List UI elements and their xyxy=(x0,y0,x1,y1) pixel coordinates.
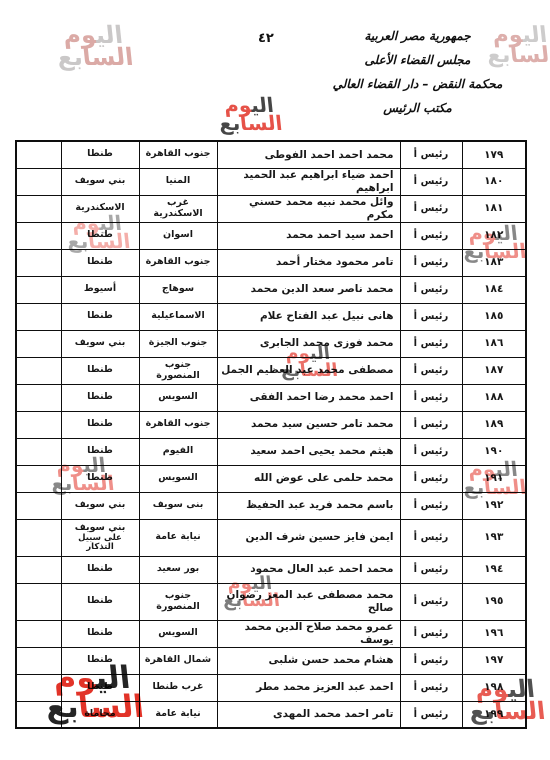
cell-rank: رئيس أ xyxy=(400,222,462,249)
cell-empty xyxy=(16,674,61,701)
cell-location-from: جنوب القاهرة xyxy=(139,411,217,438)
table-row: ١٩١رئيس أمحمد حلمى على عوض اللهالسويسطنط… xyxy=(16,465,526,492)
cell-location-from: اسوان xyxy=(139,222,217,249)
cell-location-from: غرب طنطا xyxy=(139,674,217,701)
cell-number: ١٩٦ xyxy=(462,620,526,647)
cell-location-from: جنوب القاهرة xyxy=(139,249,217,276)
cell-location-from: المنيا xyxy=(139,168,217,195)
cell-empty xyxy=(16,384,61,411)
cell-rank: رئيس أ xyxy=(400,330,462,357)
cell-name: محمد مصطفى عبد المعز رضوان صالح xyxy=(217,583,400,620)
location-note: على سبيل التذكار xyxy=(65,534,136,553)
cell-number: ١٨٣ xyxy=(462,249,526,276)
cell-location-to: طنطا xyxy=(61,141,139,168)
cell-location-from: بور سعيد xyxy=(139,556,217,583)
table-row: ١٨٧رئيس أمصطفى محمد عبد العظيم الجملجنوب… xyxy=(16,357,526,384)
table-row: ١٨٩رئيس أمحمد تامر حسين سيد محمدجنوب الق… xyxy=(16,411,526,438)
table-row: ١٨٠رئيس أاحمد ضياء ابراهيم عبد الحميد اب… xyxy=(16,168,526,195)
cell-rank: رئيس أ xyxy=(400,303,462,330)
cell-empty xyxy=(16,330,61,357)
table-row: ١٨٥رئيس أهانى نبيل عبد الفتاح علامالاسما… xyxy=(16,303,526,330)
cell-number: ١٨١ xyxy=(462,195,526,222)
cell-empty xyxy=(16,620,61,647)
cell-rank: رئيس أ xyxy=(400,647,462,674)
cell-number: ١٧٩ xyxy=(462,141,526,168)
cell-name: احمد محمد رضا احمد الفقى xyxy=(217,384,400,411)
cell-name: محمد احمد عبد العال محمود xyxy=(217,556,400,583)
table-row: ١٧٩رئيس أمحمد احمد احمد الفوطىجنوب القاه… xyxy=(16,141,526,168)
youm7-watermark: اليومالسابع xyxy=(216,96,283,133)
table-row: ١٩٠رئيس أهيثم محمد يحيى احمد سعيدالفيومط… xyxy=(16,438,526,465)
cell-rank: رئيس أ xyxy=(400,620,462,647)
cell-location-to: طنطا xyxy=(61,411,139,438)
cell-location-from: السويس xyxy=(139,620,217,647)
cell-location-from: جنوب المنصورة xyxy=(139,357,217,384)
cell-location-to: طنطا xyxy=(61,465,139,492)
table-row: ١٩٥رئيس أمحمد مصطفى عبد المعز رضوان صالح… xyxy=(16,583,526,620)
cell-number: ١٨٧ xyxy=(462,357,526,384)
cell-rank: رئيس أ xyxy=(400,249,462,276)
cell-location-to: بني سويف xyxy=(61,330,139,357)
cell-name: هشام محمد حسن شلبى xyxy=(217,647,400,674)
cell-location-from: غرب الاسكندرية xyxy=(139,195,217,222)
header-line-office: مكتب الرئيس xyxy=(330,96,505,120)
cell-empty xyxy=(16,492,61,519)
cell-number: ١٩٨ xyxy=(462,674,526,701)
cell-location-from: نيابة عامة xyxy=(139,519,217,556)
cell-location-from: جنوب الجيزة xyxy=(139,330,217,357)
cell-rank: رئيس أ xyxy=(400,141,462,168)
cell-rank: رئيس أ xyxy=(400,411,462,438)
cell-empty xyxy=(16,647,61,674)
cell-location-from: جنوب المنصورة xyxy=(139,583,217,620)
cell-empty xyxy=(16,276,61,303)
cell-name: ايمن فايز حسين شرف الدين xyxy=(217,519,400,556)
cell-rank: رئيس أ xyxy=(400,583,462,620)
cell-empty xyxy=(16,438,61,465)
cell-empty xyxy=(16,168,61,195)
cell-number: ١٨٤ xyxy=(462,276,526,303)
cell-empty xyxy=(16,519,61,556)
table-row: ١٨٣رئيس أتامر محمود مختار أحمدجنوب القاه… xyxy=(16,249,526,276)
scanned-document-page: { "document": { "page_number": "٤٢", "he… xyxy=(0,0,550,760)
cell-number: ١٩٥ xyxy=(462,583,526,620)
cell-location-to: محاماة xyxy=(61,701,139,728)
cell-empty xyxy=(16,357,61,384)
cell-name: محمد فوزى محمد الجابرى xyxy=(217,330,400,357)
cell-empty xyxy=(16,583,61,620)
cell-number: ١٩٣ xyxy=(462,519,526,556)
table-row: ١٨٢رئيس أاحمد سيد احمد محمداسوانطنطا xyxy=(16,222,526,249)
cell-rank: رئيس أ xyxy=(400,519,462,556)
cell-rank: رئيس أ xyxy=(400,168,462,195)
cell-location-from: جنوب القاهرة xyxy=(139,141,217,168)
cell-location-to: طنطا xyxy=(61,556,139,583)
cell-name: محمد حلمى على عوض الله xyxy=(217,465,400,492)
judges-table: ١٧٩رئيس أمحمد احمد احمد الفوطىجنوب القاه… xyxy=(15,140,527,729)
cell-location-from: الفيوم xyxy=(139,438,217,465)
table-row: ١٨٤رئيس أمحمد ناصر سعد الدين محمدسوهاجأس… xyxy=(16,276,526,303)
cell-rank: رئيس أ xyxy=(400,276,462,303)
cell-rank: رئيس أ xyxy=(400,438,462,465)
cell-name: باسم محمد فريد عبد الحفيظ xyxy=(217,492,400,519)
cell-location-to: طنطا xyxy=(61,674,139,701)
cell-empty xyxy=(16,701,61,728)
youm7-watermark: اليومالسابع xyxy=(54,24,135,68)
cell-empty xyxy=(16,195,61,222)
cell-location-from: الاسماعيلية xyxy=(139,303,217,330)
cell-location-to: طنطا xyxy=(61,357,139,384)
cell-number: ١٩٩ xyxy=(462,701,526,728)
cell-name: احمد ضياء ابراهيم عبد الحميد ابراهيم xyxy=(217,168,400,195)
cell-location-from: نيابة عامة xyxy=(139,701,217,728)
cell-location-to: طنطا xyxy=(61,222,139,249)
cell-location-to: بني سويفعلى سبيل التذكار xyxy=(61,519,139,556)
table-row: ١٩٨رئيس أاحمد عبد العزيز محمد مطرغرب طنط… xyxy=(16,674,526,701)
cell-name: هانى نبيل عبد الفتاح علام xyxy=(217,303,400,330)
cell-rank: رئيس أ xyxy=(400,195,462,222)
cell-rank: رئيس أ xyxy=(400,701,462,728)
table-row: ١٨١رئيس أوائل محمد نبيه محمد حسني مكرمغر… xyxy=(16,195,526,222)
table-row: ١٩٣رئيس أايمن فايز حسين شرف الديننيابة ع… xyxy=(16,519,526,556)
page-header: جمهورية مصر العربية مجلس القضاء الأعلى م… xyxy=(330,24,505,120)
cell-location-from: السويس xyxy=(139,465,217,492)
cell-number: ١٩٠ xyxy=(462,438,526,465)
cell-name: محمد احمد احمد الفوطى xyxy=(217,141,400,168)
table-row: ١٩٤رئيس أمحمد احمد عبد العال محمودبور سع… xyxy=(16,556,526,583)
cell-empty xyxy=(16,249,61,276)
table-row: ١٨٦رئيس أمحمد فوزى محمد الجابرىجنوب الجي… xyxy=(16,330,526,357)
cell-location-from: السويس xyxy=(139,384,217,411)
table-row: ١٨٨رئيس أاحمد محمد رضا احمد الفقىالسويسط… xyxy=(16,384,526,411)
cell-name: هيثم محمد يحيى احمد سعيد xyxy=(217,438,400,465)
cell-number: ١٨٢ xyxy=(462,222,526,249)
cell-location-to: بني سويف xyxy=(61,492,139,519)
cell-empty xyxy=(16,222,61,249)
table-row: ١٩٧رئيس أهشام محمد حسن شلبىشمال القاهرةط… xyxy=(16,647,526,674)
page-number: ٤٢ xyxy=(258,31,274,46)
cell-number: ١٨٦ xyxy=(462,330,526,357)
cell-name: مصطفى محمد عبد العظيم الجمل xyxy=(217,357,400,384)
cell-location-to: الاسكندرية xyxy=(61,195,139,222)
cell-location-to: طنطا xyxy=(61,620,139,647)
cell-rank: رئيس أ xyxy=(400,556,462,583)
cell-number: ١٩١ xyxy=(462,465,526,492)
cell-name: محمد تامر حسين سيد محمد xyxy=(217,411,400,438)
cell-empty xyxy=(16,465,61,492)
cell-location-from: شمال القاهرة xyxy=(139,647,217,674)
cell-location-to: طنطا xyxy=(61,438,139,465)
cell-empty xyxy=(16,411,61,438)
cell-empty xyxy=(16,556,61,583)
cell-number: ١٨٥ xyxy=(462,303,526,330)
cell-location-to: طنطا xyxy=(61,647,139,674)
cell-location-to: طنطا xyxy=(61,583,139,620)
cell-name: محمد ناصر سعد الدين محمد xyxy=(217,276,400,303)
cell-location-to: طنطا xyxy=(61,303,139,330)
cell-number: ١٩٢ xyxy=(462,492,526,519)
cell-name: عمرو محمد صلاح الدين محمد يوسف xyxy=(217,620,400,647)
cell-location-from: سوهاج xyxy=(139,276,217,303)
cell-name: احمد عبد العزيز محمد مطر xyxy=(217,674,400,701)
table-row: ١٩٩رئيس أتامر احمد محمد المهدىنيابة عامة… xyxy=(16,701,526,728)
cell-name: تامر احمد محمد المهدى xyxy=(217,701,400,728)
cell-rank: رئيس أ xyxy=(400,384,462,411)
header-line-council: مجلس القضاء الأعلى xyxy=(330,48,505,72)
cell-number: ١٨٩ xyxy=(462,411,526,438)
header-line-court: محكمة النقض – دار القضاء العالي xyxy=(330,72,505,96)
cell-name: وائل محمد نبيه محمد حسني مكرم xyxy=(217,195,400,222)
cell-name: احمد سيد احمد محمد xyxy=(217,222,400,249)
cell-location-to: طنطا xyxy=(61,384,139,411)
cell-rank: رئيس أ xyxy=(400,357,462,384)
cell-rank: رئيس أ xyxy=(400,465,462,492)
table-row: ١٩٦رئيس أعمرو محمد صلاح الدين محمد يوسفا… xyxy=(16,620,526,647)
cell-rank: رئيس أ xyxy=(400,492,462,519)
cell-rank: رئيس أ xyxy=(400,674,462,701)
cell-number: ١٨٨ xyxy=(462,384,526,411)
cell-location-to: أسيوط xyxy=(61,276,139,303)
cell-location-to: بني سويف xyxy=(61,168,139,195)
cell-number: ١٨٠ xyxy=(462,168,526,195)
cell-empty xyxy=(16,303,61,330)
cell-location-from: بنى سويف xyxy=(139,492,217,519)
cell-number: ١٩٤ xyxy=(462,556,526,583)
cell-empty xyxy=(16,141,61,168)
cell-name: تامر محمود مختار أحمد xyxy=(217,249,400,276)
table-row: ١٩٢رئيس أباسم محمد فريد عبد الحفيظبنى سو… xyxy=(16,492,526,519)
cell-number: ١٩٧ xyxy=(462,647,526,674)
header-line-country: جمهورية مصر العربية xyxy=(330,24,505,48)
cell-location-to: طنطا xyxy=(61,249,139,276)
